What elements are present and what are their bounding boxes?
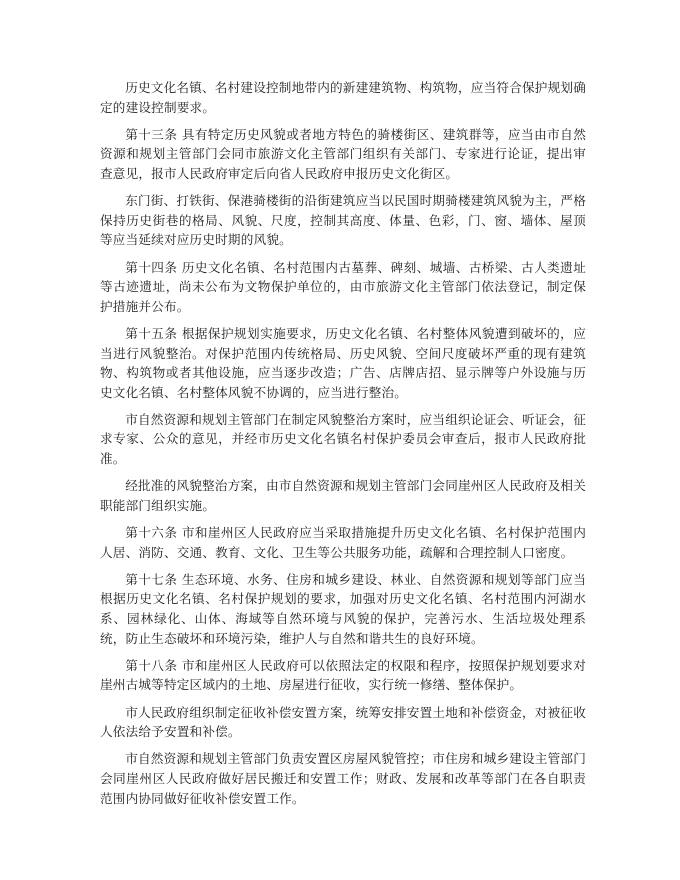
paragraph-article-13: 第十三条 具有特定历史风貌或者地方特色的骑楼街区、建筑群等，应当由市自然资源和规… <box>100 125 586 184</box>
paragraph-arcade-streets: 东门街、打铁街、保港骑楼街的沿街建筑应当以民国时期骑楼建筑风貌为主，严格保持历史… <box>100 191 586 250</box>
paragraph-article-18: 第十八条 市和崖州区人民政府可以依照法定的权限和程序，按照保护规划要求对崖州古城… <box>100 656 586 695</box>
paragraph-construction-control: 历史文化名镇、名村建设控制地带内的新建建筑物、构筑物，应当符合保护规划确定的建设… <box>100 78 586 117</box>
paragraph-article-14: 第十四条 历史文化名镇、名村范围内古墓葬、碑刻、城墙、古桥梁、古人类遗址等古迹遗… <box>100 258 586 317</box>
document-page: 历史文化名镇、名村建设控制地带内的新建建筑物、构筑物，应当符合保护规划确定的建设… <box>100 78 586 816</box>
paragraph-resettlement-duties: 市自然资源和规划主管部门负责安置区房屋风貌管控；市住房和城乡建设主管部门会同崖州… <box>100 749 586 808</box>
paragraph-renovation-plan: 市自然资源和规划主管部门在制定风貌整治方案时，应当组织论证会、听证会，征求专家、… <box>100 410 586 469</box>
paragraph-article-16: 第十六条 市和崖州区人民政府应当采取措施提升历史文化名镇、名村保护范围内人居、消… <box>100 523 586 562</box>
paragraph-article-15: 第十五条 根据保护规划实施要求，历史文化名镇、名村整体风貌遭到破坏的，应当进行风… <box>100 324 586 402</box>
paragraph-article-17: 第十七条 生态环境、水务、住房和城乡建设、林业、自然资源和规划等部门应当根据历史… <box>100 570 586 648</box>
paragraph-compensation-plan: 市人民政府组织制定征收补偿安置方案，统筹安排安置土地和补偿资金，对被征收人依法给… <box>100 703 586 742</box>
paragraph-plan-implementation: 经批准的风貌整治方案，由市自然资源和规划主管部门会同崖州区人民政府及相关职能部门… <box>100 476 586 515</box>
